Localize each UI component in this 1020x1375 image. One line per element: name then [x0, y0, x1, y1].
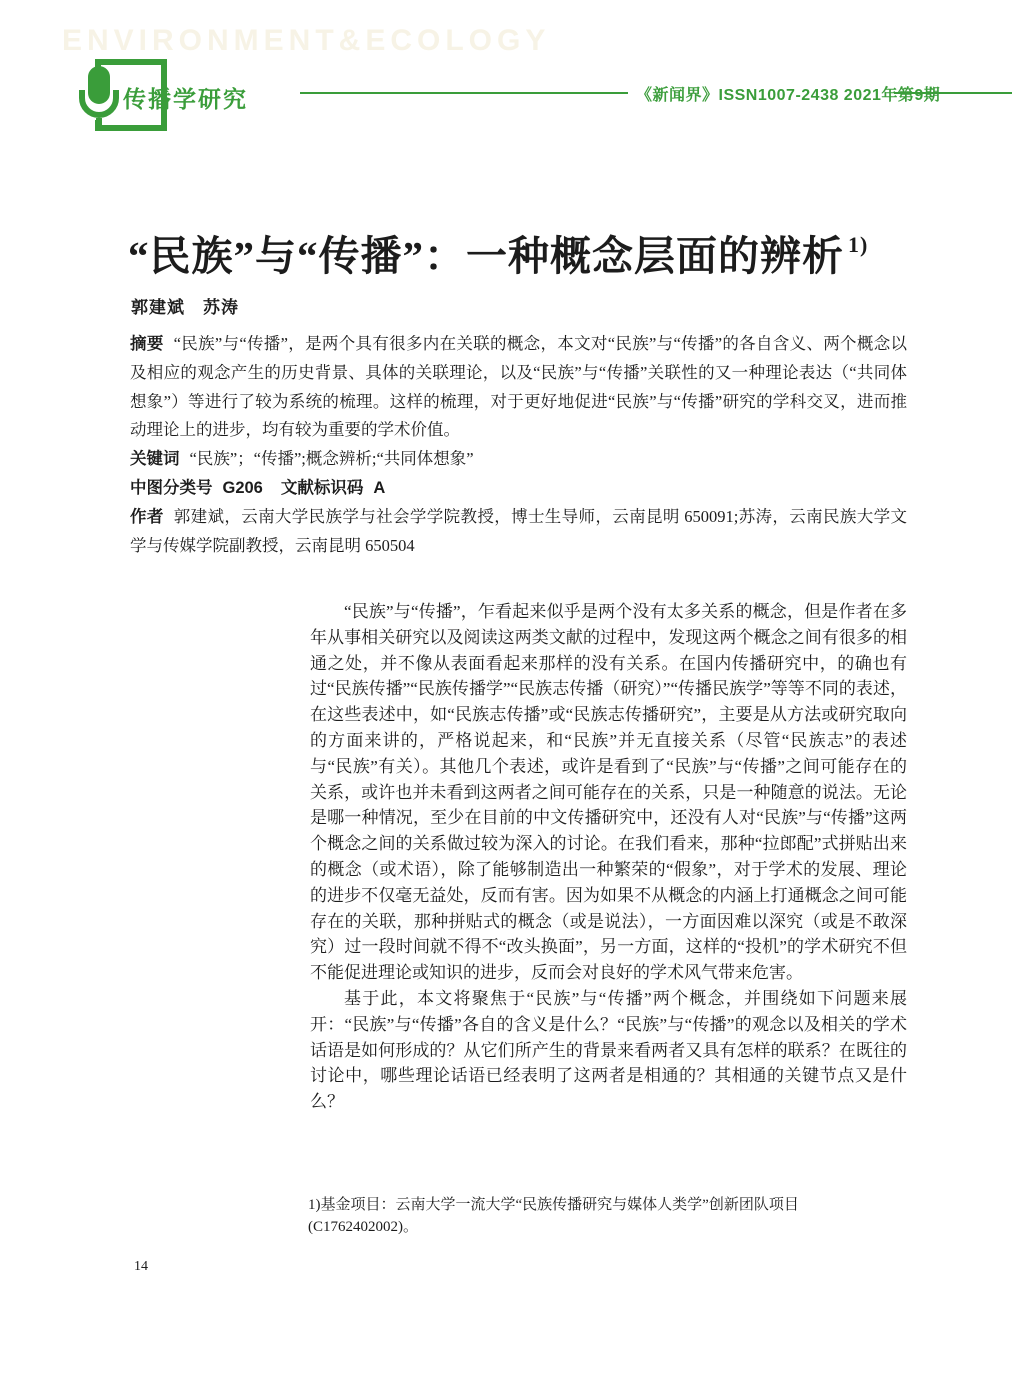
author-info-text: 郭建斌，云南大学民族学与社会学学院教授，博士生导师，云南昆明 650091;苏涛… — [130, 507, 907, 555]
author-names: 郭建斌 苏涛 — [131, 293, 239, 318]
classification-paragraph: 中图分类号G206文献标识码A — [130, 474, 907, 503]
author-label: 作者 — [130, 508, 164, 526]
keywords-paragraph: 关键词“民族”；“传播”;概念辨析;“共同体想象” — [130, 445, 907, 474]
abstract-label: 摘要 — [130, 335, 164, 353]
page-top-watermark: ENVIRONMENT&ECOLOGY — [62, 24, 550, 58]
header-divider-left — [300, 92, 628, 94]
article-title-text: “民族”与“传播”：一种概念层面的辨析 — [128, 233, 844, 279]
article-title: “民族”与“传播”：一种概念层面的辨析1) — [128, 231, 918, 282]
keywords-label: 关键词 — [130, 450, 180, 468]
footnote: 1)基金项目：云南大学一流大学“民族传播研究与媒体人类学”创新团队项目(C176… — [308, 1194, 908, 1238]
page-number: 14 — [134, 1259, 148, 1275]
body-paragraph-2: 基于此，本文将聚焦于“民族”与“传播”两个概念，并围绕如下问题来展开：“民族”与… — [310, 986, 907, 1115]
column-name: 传播学研究 — [123, 81, 248, 114]
header-divider-right — [894, 92, 1012, 94]
article-meta-block: 摘要“民族”与“传播”，是两个具有很多内在关联的概念，本文对“民族”与“传播”的… — [130, 330, 907, 560]
article-body: “民族”与“传播”，乍看起来似乎是两个没有太多关系的概念，但是作者在多年从事相关… — [310, 599, 907, 1115]
abstract-paragraph: 摘要“民族”与“传播”，是两个具有很多内在关联的概念，本文对“民族”与“传播”的… — [130, 330, 907, 445]
body-paragraph-1: “民族”与“传播”，乍看起来似乎是两个没有太多关系的概念，但是作者在多年从事相关… — [310, 599, 907, 986]
doc-code-value: A — [373, 479, 385, 497]
author-info-paragraph: 作者郭建斌，云南大学民族学与社会学学院教授，博士生导师，云南昆明 650091;… — [130, 503, 907, 561]
clc-value: G206 — [223, 479, 263, 497]
journal-page: ENVIRONMENT&ECOLOGY 传播学研究 《新闻界》ISSN1007-… — [0, 0, 1020, 1375]
abstract-text: “民族”与“传播”，是两个具有很多内在关联的概念，本文对“民族”与“传播”的各自… — [130, 334, 907, 439]
title-footnote-marker: 1) — [848, 232, 868, 257]
clc-label: 中图分类号 — [130, 479, 213, 497]
doc-code-label: 文献标识码 — [281, 479, 364, 497]
keywords-text: “民族”；“传播”;概念辨析;“共同体想象” — [190, 449, 474, 468]
